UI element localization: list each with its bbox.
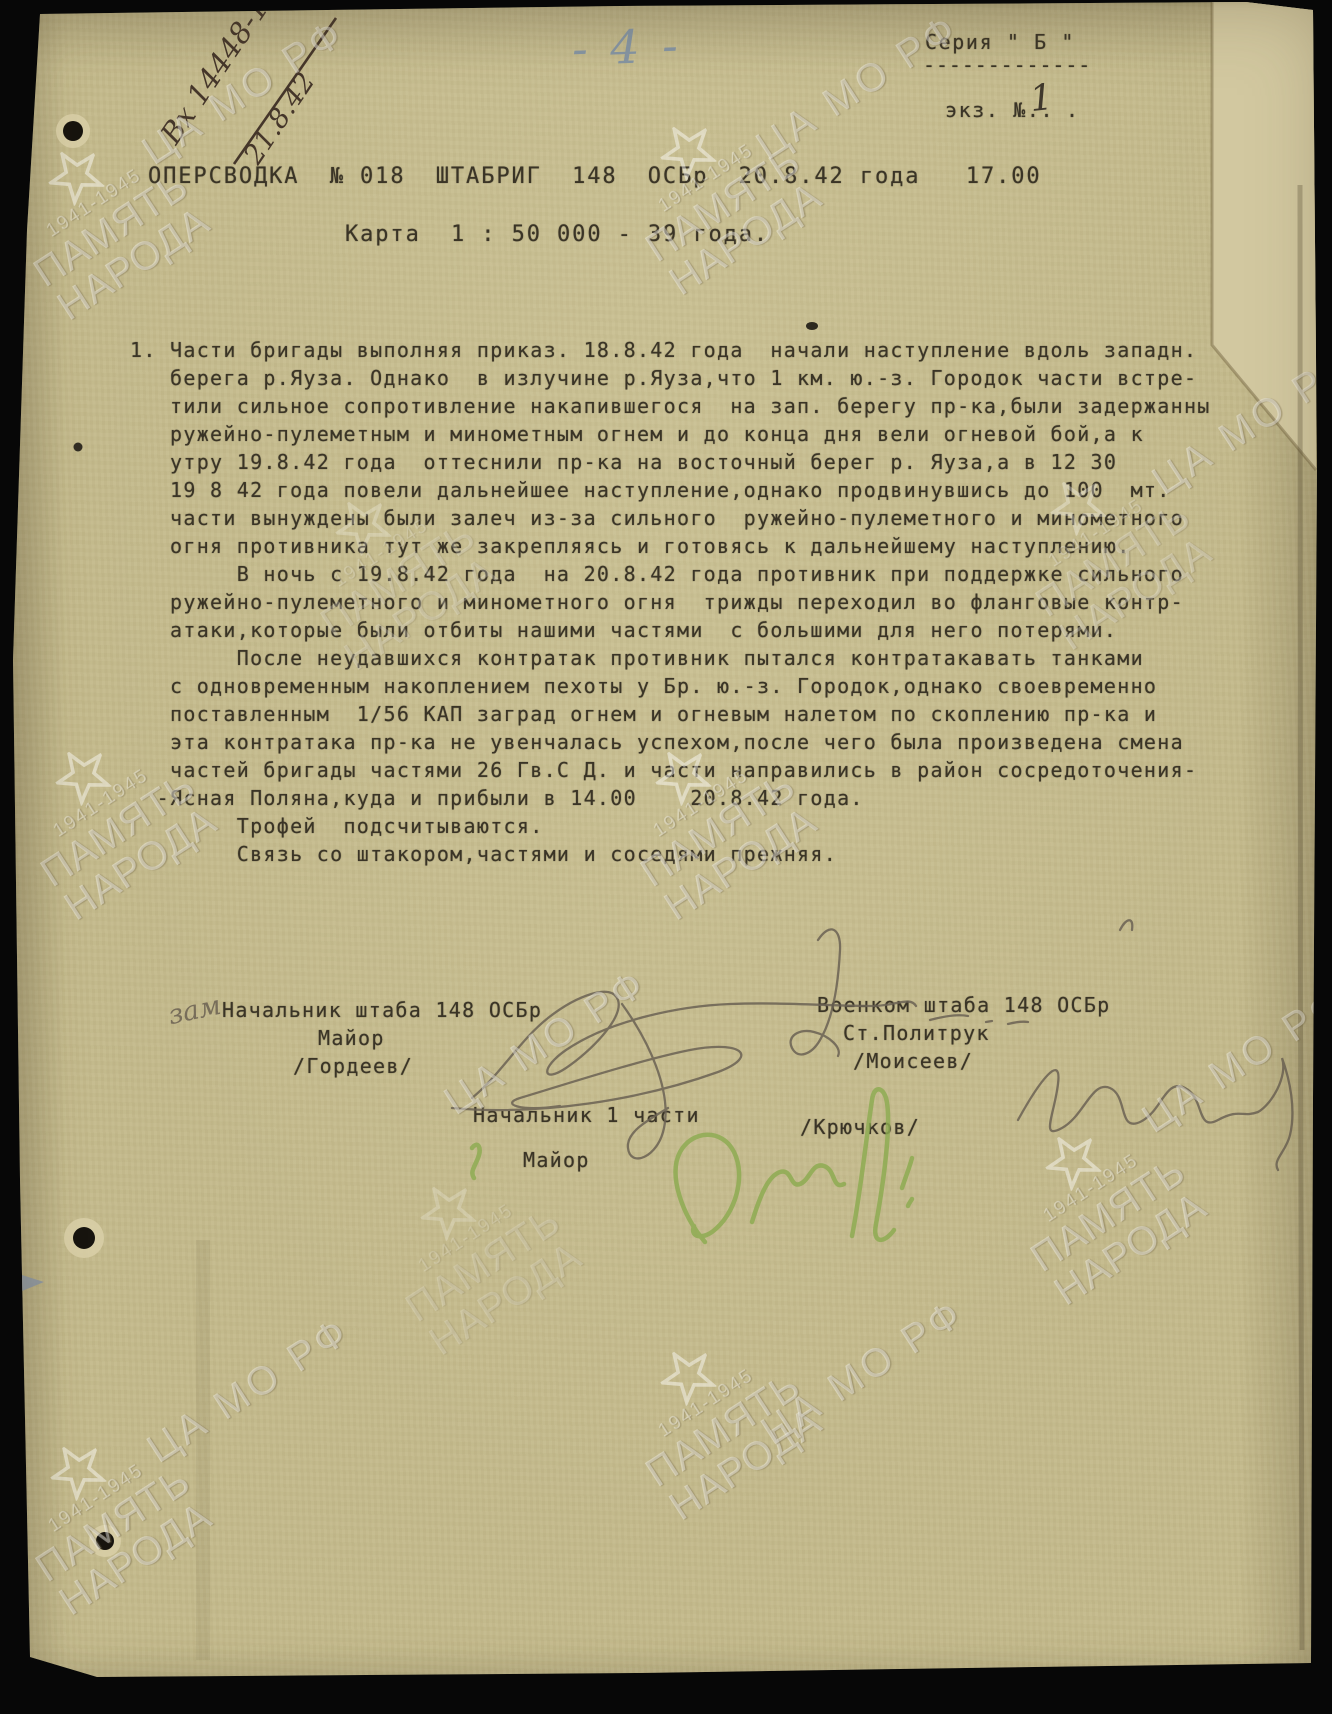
left-signer-position: Начальник штаба 148 ОСБр — [222, 998, 542, 1022]
watermark-text: ПАМЯТЬ — [628, 133, 818, 276]
body-line: В ночь с 19.8.42 года на 20.8.42 года пр… — [130, 560, 1211, 588]
center-signer-rank: Майор — [523, 1148, 590, 1172]
watermark-memory-naroda: 1941-1945 ПАМЯТЬ НАРОДА — [0, 1393, 231, 1631]
punch-hole-halo — [64, 1218, 104, 1258]
right-signer-name: /Моисеев/ — [853, 1049, 973, 1073]
copy-number-handwritten: 1 — [1028, 77, 1055, 120]
star-icon — [650, 1338, 724, 1411]
left-signer-name: /Гордеев/ — [293, 1054, 413, 1078]
watermark-archive: ЦА МО РФ — [753, 1291, 972, 1455]
watermark-text: НАРОДА — [411, 1228, 601, 1371]
body-line: поставленным 1/56 КАП заград огнем и огн… — [130, 700, 1211, 728]
copy-number-suffix: . — [1066, 98, 1080, 122]
page-number-pencil: - 4 - — [571, 18, 682, 76]
ink-speck — [74, 443, 83, 452]
watermark-years: 1941-1945 — [376, 1175, 556, 1302]
star-icon — [410, 1173, 484, 1246]
watermark-text: ПАМЯТЬ — [18, 1453, 208, 1596]
fold-edge-line — [1212, 0, 1316, 470]
watermark-memory-naroda: 1941-1945 ПАМЯТЬ НАРОДА — [589, 1298, 841, 1536]
watermark-text: НАРОДА — [651, 1393, 841, 1536]
body-line: части вынуждены были залеч из-за сильног… — [130, 504, 1211, 532]
handwritten-zam-note: зам — [165, 990, 224, 1031]
body-line: с одновременным накоплением пехоты у Бр.… — [130, 672, 1211, 700]
report-body: 1. Части бригады выполняя приказ. 18.8.4… — [130, 336, 1211, 868]
center-signer-position: Начальник 1 части — [473, 1103, 700, 1127]
watermark-memory-naroda: 1941-1945 ПАМЯТЬ НАРОДА — [974, 1083, 1226, 1321]
watermark-years: 1941-1945 — [6, 1435, 186, 1562]
body-line: 19 8 42 года повели дальнейшее наступлен… — [130, 476, 1211, 504]
punch-hole-icon — [96, 1532, 114, 1550]
watermark-text: НАРОДА — [1036, 1178, 1226, 1321]
watermark-years: 1941-1945 — [616, 1340, 796, 1467]
watermark-years: 1941-1945 — [1001, 1125, 1181, 1252]
star-icon — [45, 738, 119, 811]
body-line: 1. Части бригады выполняя приказ. 18.8.4… — [130, 336, 1211, 364]
series-underline: ------------- — [923, 53, 1091, 77]
body-line: -Ясная Поляна,куда и прибыли в 14.00 20.… — [130, 784, 1211, 812]
body-line: частей бригады частями 26 Гв.С Д. и част… — [130, 756, 1211, 784]
body-line: Связь со штакором,частями и соседями пре… — [130, 840, 1211, 868]
right-crease — [1300, 185, 1302, 1650]
folded-corner — [1212, 0, 1316, 470]
watermark-text: ПАМЯТЬ — [628, 1358, 818, 1501]
body-line: огня противника тут же закрепляясь и гот… — [130, 532, 1211, 560]
watermark-text: НАРОДА — [41, 1488, 231, 1631]
edge-clip-mark — [0, 1268, 44, 1300]
star-icon — [40, 1433, 114, 1506]
watermark-archive: ЦА МО РФ — [1134, 979, 1332, 1143]
star-icon — [1035, 1123, 1109, 1196]
body-line: Трофей подсчитываются. — [130, 812, 1211, 840]
star-icon — [38, 138, 112, 211]
body-line: утру 19.8.42 года оттеснили пр-ка на вос… — [130, 448, 1211, 476]
document-paper: Серия " Б " ------------- экз. №.. . 1 -… — [0, 0, 1332, 1714]
left-signer-rank: Майор — [318, 1026, 385, 1050]
punch-hole-halo — [56, 114, 90, 148]
body-line: После неудавшихся контратак противник пы… — [130, 644, 1211, 672]
body-line: тили сильное сопротивление накапившегося… — [130, 392, 1211, 420]
punch-hole-icon — [73, 1227, 95, 1249]
document-title: ОПЕРСВОДКА № 018 ШТАБРИГ 148 ОСБр 20.8.4… — [148, 164, 1042, 189]
registration-note: Вх 14448-11 21.8.42 — [138, 2, 398, 177]
center-signer-name: /Крючков/ — [800, 1115, 920, 1139]
pencil-signature-moiseev — [1018, 1058, 1292, 1170]
watermark-text: ПАМЯТЬ — [1013, 1143, 1203, 1286]
body-line: ружейно-пулеметного и минометного огня т… — [130, 588, 1211, 616]
series-stamp: Серия " Б " — [925, 30, 1075, 54]
archival-scan-page: Серия " Б " ------------- экз. №.. . 1 -… — [0, 0, 1332, 1714]
body-line: атаки,которые были отбиты нашими частями… — [130, 616, 1211, 644]
paper-streak — [196, 1240, 210, 1660]
right-signer-rank: Ст.Политрук — [843, 1021, 990, 1045]
body-line: эта контратака пр-ка не увенчалась успех… — [130, 728, 1211, 756]
map-reference-line: Карта 1 : 50 000 - 39 года. — [345, 222, 769, 247]
right-signer-position: Военком штаба 148 ОСБр — [817, 993, 1111, 1017]
punch-hole-icon — [63, 121, 83, 141]
watermark-text: НАРОДА — [39, 193, 229, 336]
note-date-text: 21.8.42 — [238, 67, 322, 171]
punch-hole-halo — [89, 1525, 121, 1557]
watermark-archive: ЦА МО РФ — [139, 1309, 358, 1473]
watermark-text: ПАМЯТЬ — [388, 1193, 578, 1336]
body-line: ружейно-пулеметным и минометным огнем и … — [130, 420, 1211, 448]
body-line: берега р.Яуза. Однако в излучине р.Яуза,… — [130, 364, 1211, 392]
watermark-archive: ЦА МО РФ — [436, 961, 655, 1125]
watermark-memory-naroda: 1941-1945 ПАМЯТЬ НАРОДА — [589, 73, 841, 311]
ink-blot — [806, 322, 818, 330]
